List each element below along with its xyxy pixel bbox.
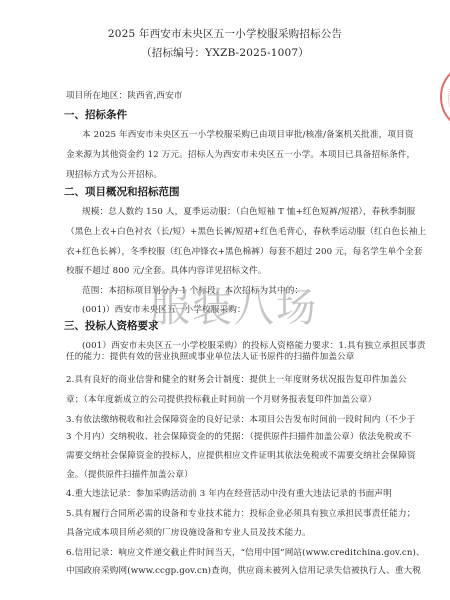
section-heading-2: 二、项目概况和招标范围 [64, 184, 180, 199]
official-seal-stamp [440, 62, 450, 132]
paragraph-line: 规模：总人数约 150 人，夏季运动服：（白色短袖 T 恤+红色短裤/短裙），春… [82, 205, 415, 217]
paragraph-line: 5.具有履行合同所必需的设备和专业技术能力：投标企业必须具有独立承担民事责任能力… [66, 507, 416, 519]
paragraph-line: 衣+红色长裤），冬季校服（红色冲锋衣+黑色棉裤）每套不超过 200 元，每名学生… [66, 245, 423, 257]
paragraph-line: 4.重大违法记录：参加采购活动前 3 年内在经营活动中没有重大违法记录的书面声明 [66, 487, 392, 499]
region-line: 项目所在地区：陕西省,西安市 [66, 89, 183, 101]
paragraph-line: 需要交纳社会保障资金的投标人，应提供相应文件证明其依法免税或不需要交纳社会保障资 [66, 449, 416, 461]
paragraph-line: 任的能力：提供有效的营业执照或事业单位法人证书原件的扫描件加盖公章 [66, 350, 355, 362]
paragraph-line: 3.有依法缴纳税收和社会保障资金的良好记录：本项目公告发布时间前一段时间内（不少… [66, 413, 416, 425]
paragraph-line: 金。（提供原件扫描件加盖公章） [66, 468, 193, 480]
section-heading-3: 三、投标人资格要求 [64, 318, 159, 333]
paragraph-line: 3 个月内）交纳税收、社会保障资金的的凭据：（提供原件扫描件加盖公章）依法免税或… [66, 430, 411, 442]
paragraph-line: 校服不超过 800 元/全套。具体内容详见招标文件。 [66, 264, 267, 276]
paragraph-line: （黑色上衣+白色衬衣（长/短）+黑色长裤/短裙+红色毛背心，春秋季运动服（红白色… [66, 225, 426, 237]
paragraph-line: 现招标方式为公开招标。 [66, 168, 162, 180]
paragraph-line: 金来源为其他资金约 12 万元。招标人为西安市未央区五一小学。本项目已具备招标条… [66, 148, 415, 160]
paragraph-line: 范围：本招标项目划分为 1 个标段，本次招标为其中的： [82, 284, 303, 296]
document-title: 2025 年西安市未央区五一小学校服采购招标公告 [0, 26, 450, 41]
paragraph-line: 2.具有良好的商业信誉和健全的财务会计制度：提供上一年度财务状况报告复印件加盖公 [66, 373, 407, 385]
paragraph-line: 本 2025 年西安市未央区五一小学校服采购已由项目审批/核准/备案机关批准，项… [82, 128, 414, 140]
document-subtitle: （招标编号：YXZB-2025-1007） [0, 45, 450, 60]
paragraph-line: 章；（本年度新成立的公司提供投标截止时间前一个月财务报表复印件加盖公章） [66, 393, 376, 405]
paragraph-line: (001)）西安市未央区五一小学校服采购： [82, 303, 246, 315]
paragraph-line: 具备完成本项目所必须的厂房设施设备和专业人员及技术能力。 [66, 526, 311, 538]
paragraph-line: 6.信用记录：响应文件递交截止件时间当天，“信用中国”网站(www.credit… [66, 546, 425, 558]
section-heading-1: 一、招标条件 [64, 107, 127, 122]
document-page: 2025 年西安市未央区五一小学校服采购招标公告 （招标编号：YXZB-2025… [0, 0, 450, 600]
paragraph-line: 中国政府采购网(www.ccgp.gov.cn)查询，供应商未被列入信用记录失信… [66, 564, 421, 576]
